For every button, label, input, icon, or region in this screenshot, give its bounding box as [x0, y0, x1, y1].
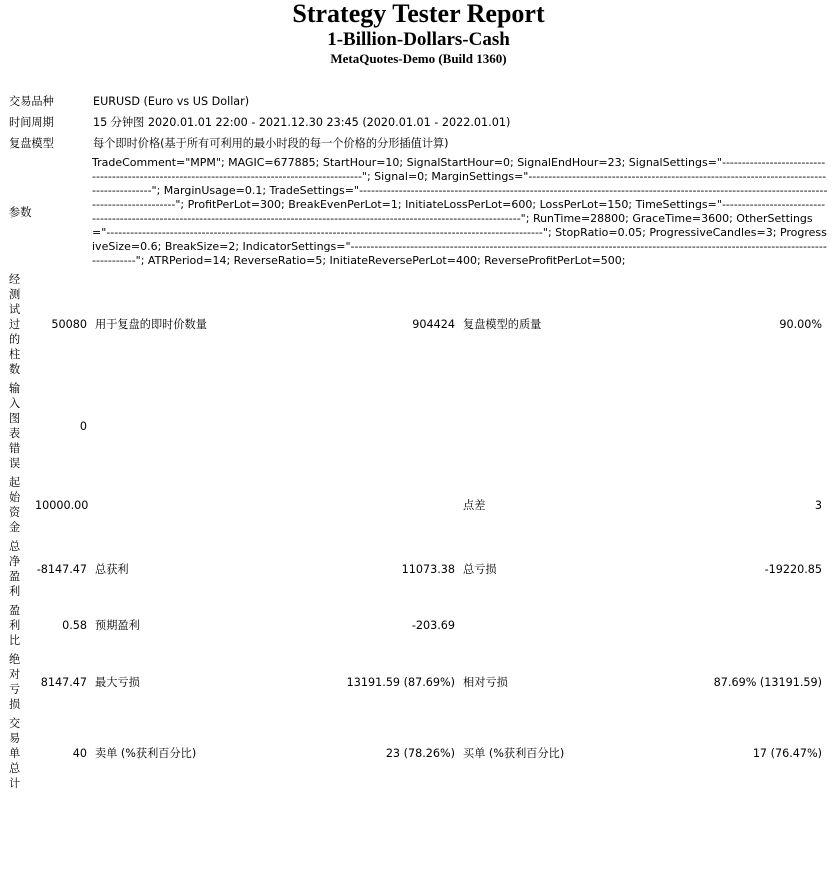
total-trades-label: 交易单总计 — [6, 714, 33, 793]
gross-loss-label: 总亏损 — [457, 537, 647, 601]
maximal-drawdown-value: 13191.59 (87.69%) — [277, 650, 457, 714]
relative-drawdown-label: 相对亏损 — [457, 650, 647, 714]
report-title: Strategy Tester Report — [0, 0, 837, 28]
long-positions-label: 买单 (%获利百分比) — [457, 714, 647, 793]
info-row-symbol: 交易品种 EURUSD (Euro vs US Dollar) — [6, 91, 828, 112]
period-label: 时间周期 — [6, 112, 33, 133]
server-build: MetaQuotes-Demo (Build 1360) — [0, 51, 837, 67]
bars-tested-value: 50080 — [33, 270, 89, 379]
expert-name: 1-Billion-Dollars-Cash — [0, 28, 837, 51]
stats-row-drawdown: 绝对亏损 8147.47 最大亏损 13191.59 (87.69%) 相对亏损… — [6, 650, 828, 714]
short-positions-value: 23 (78.26%) — [277, 714, 457, 793]
symbol-value: EURUSD (Euro vs US Dollar) — [33, 91, 828, 112]
expected-payoff-value: -203.69 — [277, 601, 457, 650]
stats-row-deposit: 起始资金 10000.00 点差 3 — [6, 473, 828, 537]
maximal-drawdown-label: 最大亏损 — [89, 650, 277, 714]
total-trades-value: 40 — [33, 714, 89, 793]
total-net-profit-value: -8147.47 — [33, 537, 89, 601]
absolute-drawdown-label: 绝对亏损 — [6, 650, 33, 714]
spread-label: 点差 — [457, 473, 647, 537]
relative-drawdown-value: 87.69% (13191.59) — [647, 650, 828, 714]
long-positions-value: 17 (76.47%) — [647, 714, 828, 793]
model-label: 复盘模型 — [6, 133, 33, 154]
model-value: 每个即时价格(基于所有可利用的最小时段的每一个价格的分形插值计算) — [33, 133, 828, 154]
report-table: 交易品种 EURUSD (Euro vs US Dollar) 时间周期 15 … — [6, 91, 828, 793]
info-row-model: 复盘模型 每个即时价格(基于所有可利用的最小时段的每一个价格的分形插值计算) — [6, 133, 828, 154]
bars-tested-label: 经测试过的柱数 — [6, 270, 33, 379]
gross-profit-value: 11073.38 — [277, 537, 457, 601]
short-positions-label: 卖单 (%获利百分比) — [89, 714, 277, 793]
ticks-modelled-value: 904424 — [277, 270, 457, 379]
period-value: 15 分钟图 2020.01.01 22:00 - 2021.12.30 23:… — [33, 112, 828, 133]
profit-factor-label: 盈利比 — [6, 601, 33, 650]
symbol-label: 交易品种 — [6, 91, 33, 112]
params-value: TradeComment="MPM"; MAGIC=677885; StartH… — [33, 154, 828, 270]
info-row-params: 参数 TradeComment="MPM"; MAGIC=677885; Sta… — [6, 154, 828, 270]
initial-deposit-label: 起始资金 — [6, 473, 33, 537]
total-net-profit-label: 总净盈利 — [6, 537, 33, 601]
spread-value: 3 — [647, 473, 828, 537]
gross-profit-label: 总获利 — [89, 537, 277, 601]
profit-factor-value: 0.58 — [33, 601, 89, 650]
stats-row-errors: 输入图表错误 0 — [6, 379, 828, 473]
modelling-quality-value: 90.00% — [647, 270, 828, 379]
mismatched-errors-label: 输入图表错误 — [6, 379, 33, 473]
params-label: 参数 — [6, 154, 33, 270]
report-header: Strategy Tester Report 1-Billion-Dollars… — [0, 0, 837, 67]
mismatched-errors-value: 0 — [33, 379, 89, 473]
absolute-drawdown-value: 8147.47 — [33, 650, 89, 714]
stats-row-factor: 盈利比 0.58 预期盈利 -203.69 — [6, 601, 828, 650]
stats-row-bars: 经测试过的柱数 50080 用于复盘的即时价数量 904424 复盘模型的质量 … — [6, 270, 828, 379]
info-row-period: 时间周期 15 分钟图 2020.01.01 22:00 - 2021.12.3… — [6, 112, 828, 133]
stats-row-profit: 总净盈利 -8147.47 总获利 11073.38 总亏损 -19220.85 — [6, 537, 828, 601]
initial-deposit-value: 10000.00 — [33, 473, 89, 537]
modelling-quality-label: 复盘模型的质量 — [457, 270, 647, 379]
stats-row-trades: 交易单总计 40 卖单 (%获利百分比) 23 (78.26%) 买单 (%获利… — [6, 714, 828, 793]
ticks-modelled-label: 用于复盘的即时价数量 — [89, 270, 277, 379]
expected-payoff-label: 预期盈利 — [89, 601, 277, 650]
gross-loss-value: -19220.85 — [647, 537, 828, 601]
